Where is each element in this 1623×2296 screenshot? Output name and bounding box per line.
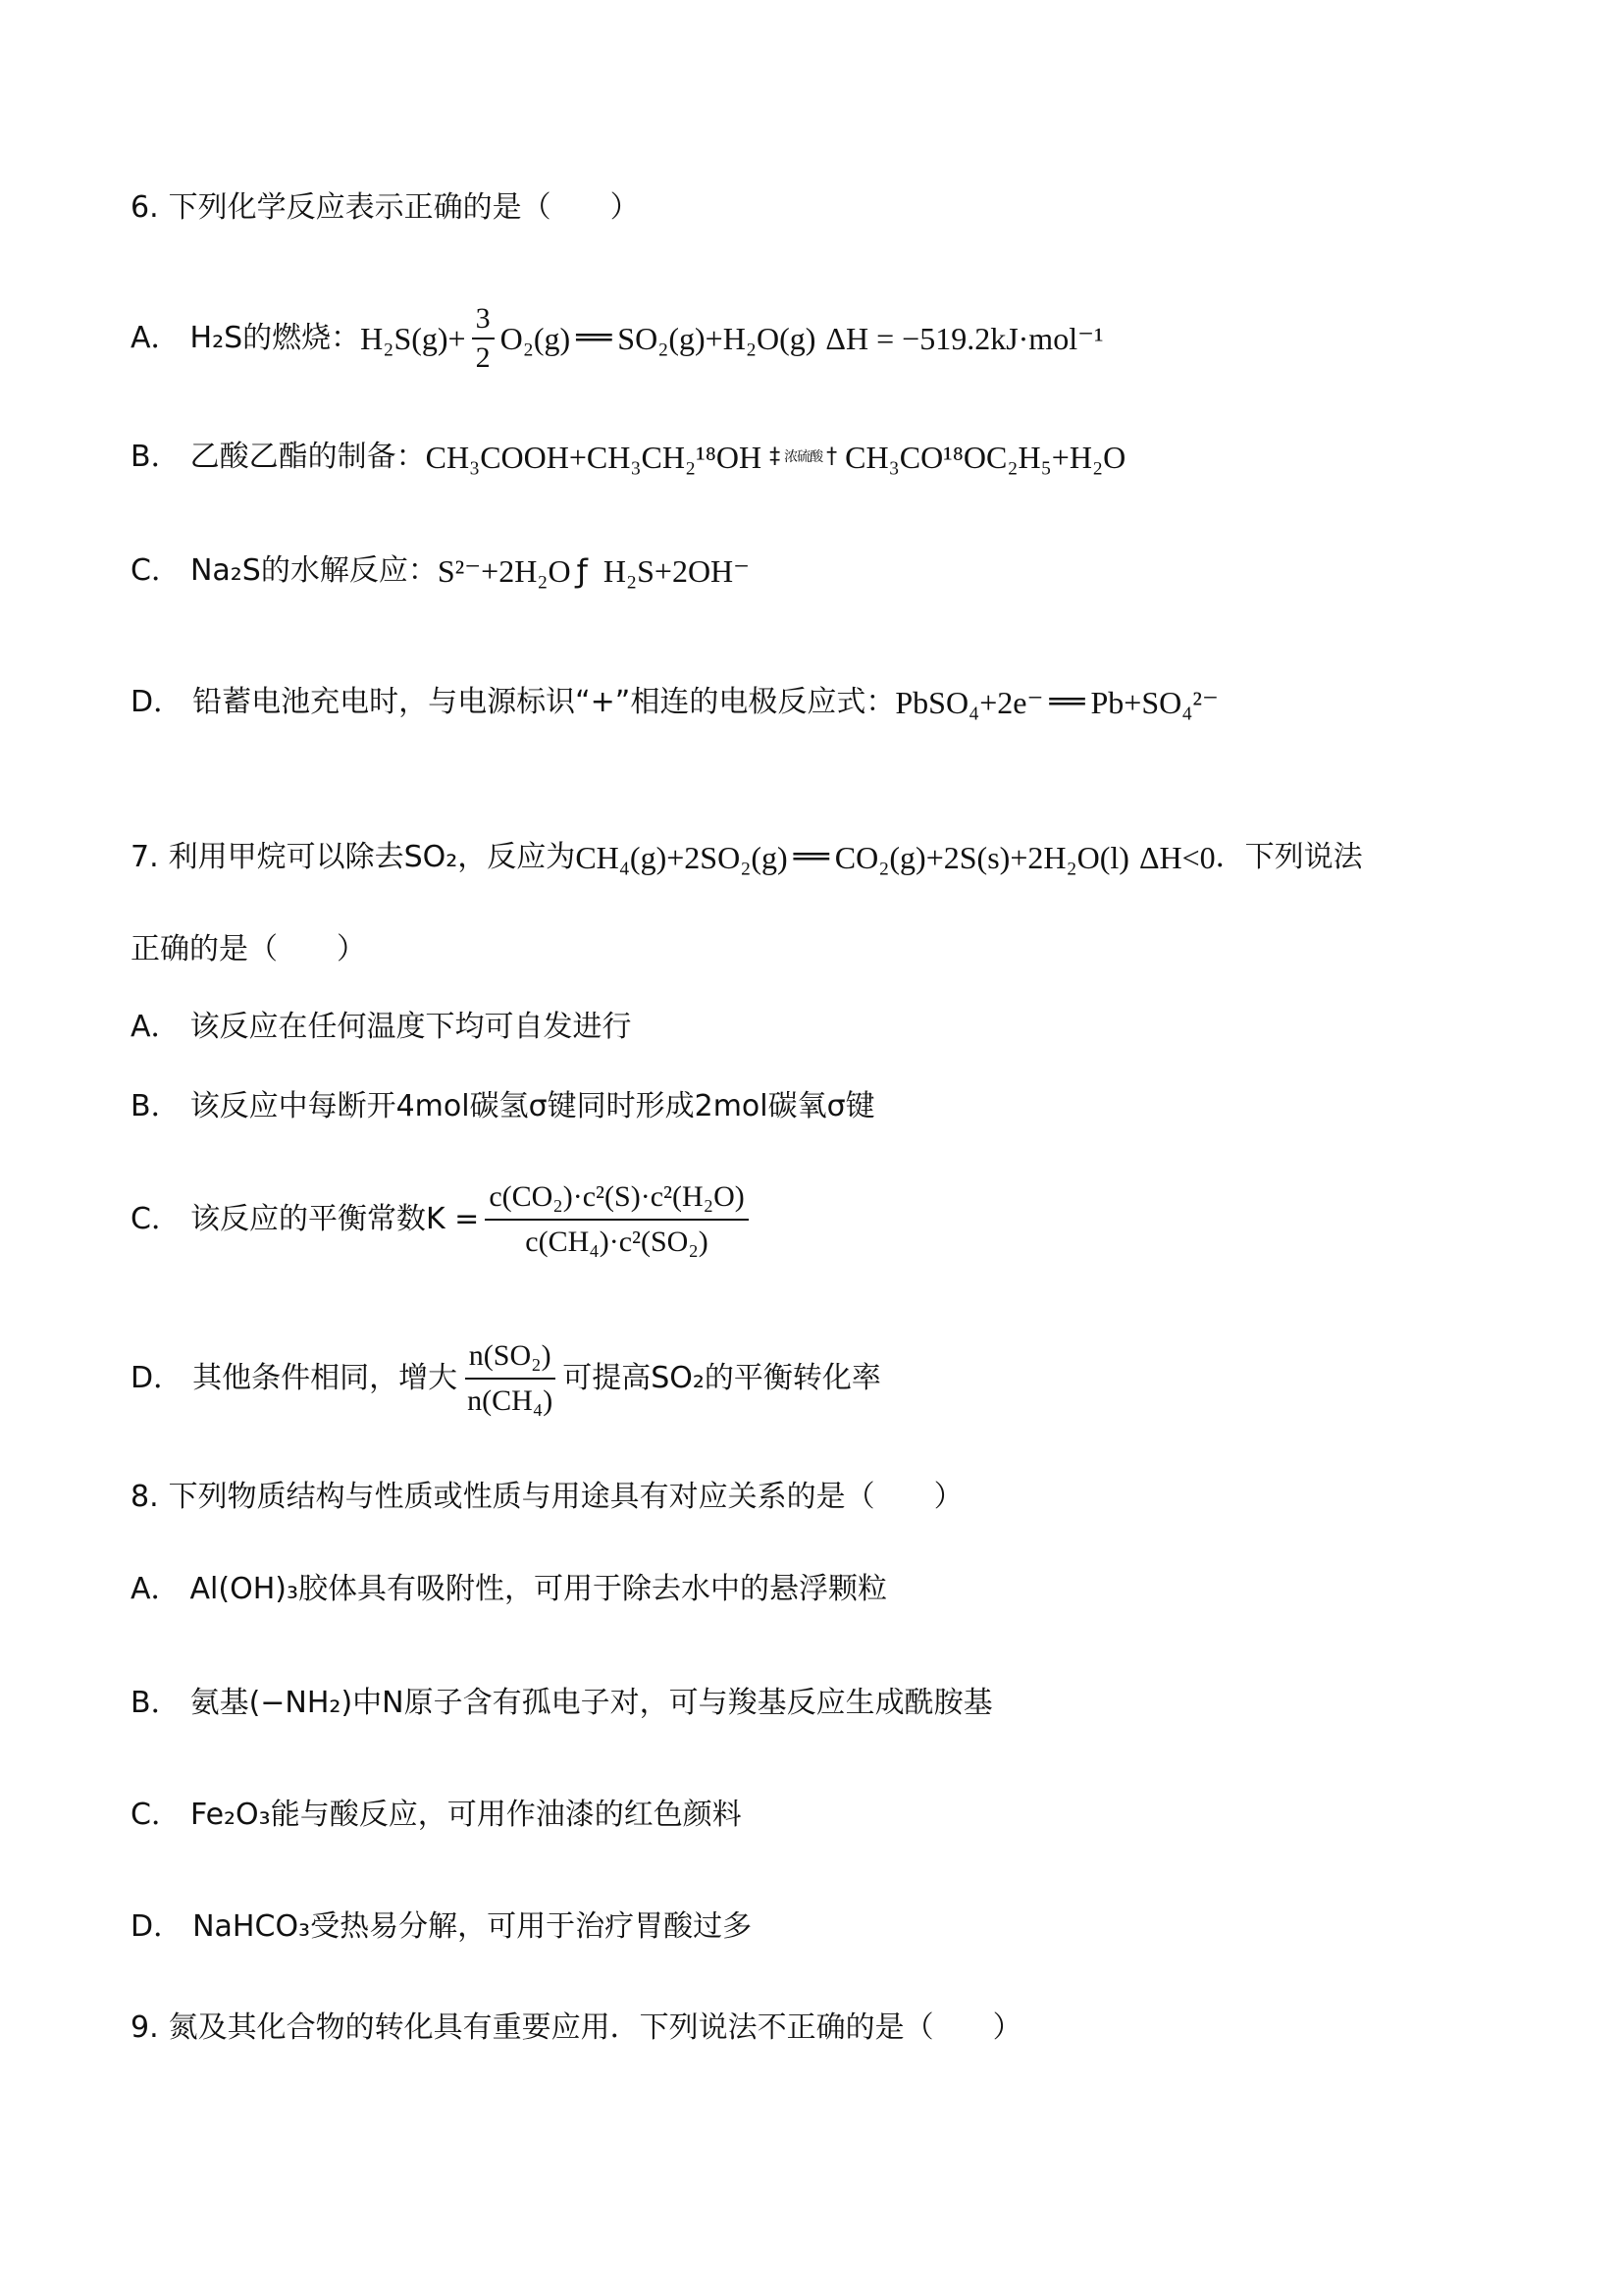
option-text: 该反应在任何温度下均可自发进行 [190,1008,632,1047]
option-label: D． [131,683,183,722]
option-label: A． [131,1570,181,1609]
question-7-stem-line2: 正确的是（ ） [131,930,366,969]
equals-arrow-icon: ══ [794,838,829,877]
question-number: 7. [131,838,159,877]
question-6-option-c: C． Na₂S的水解反应： S²⁻+2H₂O ƒ H₂S+2OH⁻ [131,551,750,591]
option-text: 该反应中每断开4mol碳氢σ键同时形成2mol碳氧σ键 [190,1087,875,1126]
arrow-right-glyph: † [826,438,837,477]
equation-lhs: S²⁻+2H₂O [438,551,571,591]
fraction-numerator: 3 [472,302,495,339]
reversible-arrow-icon: ‡ 浓硫酸 † [769,438,837,477]
enthalpy: ΔH = −519.2kJ·mol⁻¹ [825,319,1103,358]
question-7-option-b: B． 该反应中每断开4mol碳氢σ键同时形成2mol碳氧σ键 [131,1087,875,1126]
option-label: B． [131,438,181,477]
question-text-tail: ．下列说法 [1216,838,1363,877]
question-7-option-d: D． 其他条件相同，增大 n(SO₂) n(CH₄) 可提高SO₂的平衡转化率 [131,1336,881,1421]
option-label: A． [131,1008,181,1047]
question-6-option-d: D． 铅蓄电池充电时，与电源标识“+”相连的电极反应式： PbSO₄+2e⁻ ═… [131,683,1219,722]
question-number: 8. [131,1478,159,1517]
question-8-option-b: B． 氨基(−NH₂)中N原子含有孤电子对，可与羧基反应生成酰胺基 [131,1684,993,1723]
fraction-denominator: n(CH₄) [463,1380,556,1421]
equals-arrow-icon: ══ [576,319,611,358]
option-label: B． [131,1087,181,1126]
question-8-stem: 8. 下列物质结构与性质或性质与用途具有对应关系的是（ ） [131,1478,964,1517]
question-text: 利用甲烷可以除去SO₂，反应为 [169,838,576,877]
option-prefix: H₂S的燃烧： [190,319,361,358]
equation-rhs: H₂S+2OH⁻ [603,551,750,591]
fraction-denominator: 2 [472,339,495,375]
question-text: 下列物质结构与性质或性质与用途具有对应关系的是（ ） [169,1478,964,1517]
option-text: Al(OH)₃胶体具有吸附性，可用于除去水中的悬浮颗粒 [190,1570,887,1609]
option-text: 氨基(−NH₂)中N原子含有孤电子对，可与羧基反应生成酰胺基 [190,1684,993,1723]
option-suffix: 可提高SO₂的平衡转化率 [562,1359,881,1398]
option-prefix: Na₂S的水解反应： [190,551,438,591]
option-label: C． [131,551,181,591]
option-prefix: 铅蓄电池充电时，与电源标识“+”相连的电极反应式： [192,683,895,722]
option-label: C． [131,1796,181,1835]
equation-lhs-2: O₂(g) [500,319,571,358]
option-label: D． [131,1359,183,1398]
question-9-stem: 9. 氮及其化合物的转化具有重要应用．下列说法不正确的是（ ） [131,2009,1022,2048]
question-7-option-a: A． 该反应在任何温度下均可自发进行 [131,1008,632,1047]
option-label: D． [131,1907,183,1947]
question-6-stem: 6. 下列化学反应表示正确的是（ ） [131,188,640,228]
option-label: A． [131,319,181,358]
option-label: B． [131,1684,181,1723]
equation-lhs: CH₃COOH+CH₃CH₂¹⁸OH [426,438,762,477]
equals-arrow-icon: ══ [1049,683,1084,722]
equation-rhs: Pb+SO₄²⁻ [1090,683,1218,722]
equation-rhs: CO₂(g)+2S(s)+2H₂O(l) [835,838,1129,877]
arrow-left-glyph: ‡ [769,438,780,477]
fraction: 3 2 [472,302,495,375]
equation-lhs: CH₄(g)+2SO₂(g) [575,838,787,877]
fraction-numerator: c(CO₂)·c²(S)·c²(H₂O) [485,1177,748,1221]
option-prefix: 该反应的平衡常数K = [190,1200,479,1239]
question-8-option-c: C． Fe₂O₃能与酸反应，可用作油漆的红色颜料 [131,1796,742,1835]
question-text: 氮及其化合物的转化具有重要应用．下列说法不正确的是（ ） [169,2009,1022,2048]
equilibrium-constant-fraction: c(CO₂)·c²(S)·c²(H₂O) c(CH₄)·c²(SO₂) [485,1177,748,1262]
equation-lhs: PbSO₄+2e⁻ [895,683,1043,722]
question-number: 9. [131,2009,159,2048]
question-6-option-a: A． H₂S的燃烧： H₂S(g)+ 3 2 O₂(g) ══ SO₂(g)+H… [131,302,1104,375]
question-text: 正确的是（ ） [131,930,366,969]
question-6-option-b: B． 乙酸乙酯的制备： CH₃COOH+CH₃CH₂¹⁸OH ‡ 浓硫酸 † C… [131,438,1126,477]
reversible-arrow-icon: ƒ [577,551,588,591]
question-8-option-d: D． NaHCO₃受热易分解，可用于治疗胃酸过多 [131,1907,752,1947]
question-text: 下列化学反应表示正确的是（ ） [169,188,640,228]
question-7-stem: 7. 利用甲烷可以除去SO₂，反应为 CH₄(g)+2SO₂(g) ══ CO₂… [131,838,1363,877]
option-prefix: 乙酸乙酯的制备： [190,438,426,477]
reaction-condition: 浓硫酸 [784,438,822,477]
equation-rhs: CH₃CO¹⁸OC₂H₅+H₂O [845,438,1126,477]
equation-lhs: H₂S(g)+ [360,319,465,358]
question-8-option-a: A． Al(OH)₃胶体具有吸附性，可用于除去水中的悬浮颗粒 [131,1570,887,1609]
question-7-option-c: C． 该反应的平衡常数K = c(CO₂)·c²(S)·c²(H₂O) c(CH… [131,1177,755,1262]
enthalpy: ΔH<0 [1139,838,1216,877]
option-text: NaHCO₃受热易分解，可用于治疗胃酸过多 [192,1907,752,1947]
option-text: Fe₂O₃能与酸反应，可用作油漆的红色颜料 [190,1796,742,1835]
question-number: 6. [131,188,159,228]
ratio-fraction: n(SO₂) n(CH₄) [463,1336,556,1421]
option-prefix: 其他条件相同，增大 [192,1359,457,1398]
fraction-numerator: n(SO₂) [465,1336,555,1380]
equation-rhs: SO₂(g)+H₂O(g) [617,319,815,358]
option-label: C． [131,1200,181,1239]
fraction-denominator: c(CH₄)·c²(SO₂) [521,1221,712,1262]
